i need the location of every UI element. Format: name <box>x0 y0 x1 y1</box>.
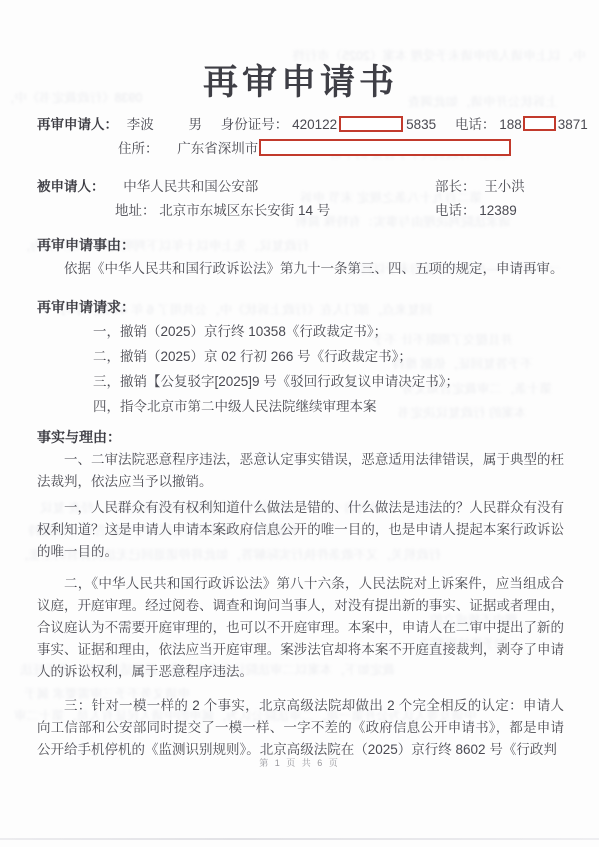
facts-paragraph: 二，《中华人民共和国行政诉讼法》第八十六条，人民法院对上诉案件，应当组成合议庭，… <box>37 573 564 683</box>
request-list: 一，撤销（2025）京行终 10358《行政裁定书》； 二，撤销（2025）京 … <box>37 319 564 419</box>
request-item: 二，撤销（2025）京 02 行初 266 号《行政裁定书》； <box>93 344 564 369</box>
respondent-block: 被申请人： 中华人民共和国公安部 地址： 北京市东城区东长安街 14 号 部长：… <box>37 175 564 223</box>
respondent-phone-line: 电话： 12389 <box>435 199 525 223</box>
facts-paragraph: 三：针对一模一样的 2 个事实，北京高级法院却做出 2 个完全相反的认定：申请人… <box>37 695 564 761</box>
request-item: 三，撤销【公复驳字[2025]9 号《驳回行政复议申请决定书》； <box>93 369 564 394</box>
applicant-gender: 男 <box>189 117 203 132</box>
minister-label: 部长： <box>435 179 476 194</box>
id-number-label: 身份证号： <box>221 117 289 132</box>
phone-prefix: 188 <box>499 117 522 132</box>
cause-heading: 再审申请事由： <box>37 233 564 257</box>
redaction-box-id <box>339 116 403 132</box>
respondent-label: 被申请人： <box>37 179 105 194</box>
minister-line: 部长： 王小洪 <box>435 175 525 199</box>
respondent-address-label: 地址： <box>115 203 156 218</box>
minister-name: 王小洪 <box>484 179 525 194</box>
id-number-suffix: 5835 <box>406 117 436 132</box>
scan-edge-line <box>0 838 599 840</box>
respondent-phone-label: 电话： <box>435 203 476 218</box>
phone-suffix: 3871 <box>558 117 588 132</box>
id-number-prefix: 420122 <box>292 117 337 132</box>
request-item: 四，指令北京市第二中级人民法院继续审理本案 <box>93 394 564 419</box>
facts-paragraph: 一、二审法院恶意程序违法，恶意认定事实错误，恶意适用法律错误，属于典型的枉法裁判… <box>37 449 564 493</box>
respondent-address-value: 北京市东城区东长安街 14 号 <box>159 203 330 218</box>
cause-text: 依据《中华人民共和国行政诉讼法》第九十一条第三、四、五项的规定，申请再审。 <box>37 257 564 281</box>
phone-label: 电话： <box>455 117 496 132</box>
address-value: 广东省深圳市 <box>177 141 258 156</box>
redaction-box-address <box>259 139 511 156</box>
applicant-name: 李波 <box>127 117 154 132</box>
page-number-footer: 第 1 页 共 6 页 <box>0 756 599 769</box>
applicant-label: 再审申请人： <box>37 117 118 132</box>
requests-heading: 再审申请请求： <box>37 295 564 319</box>
respondent-contact-column: 部长： 王小洪 电话： 12389 <box>435 175 525 223</box>
applicant-line: 再审申请人： 李波 男 身份证号： 4201225835 电话： 1883871 <box>37 113 564 137</box>
respondent-name: 中华人民共和国公安部 <box>123 179 258 194</box>
facts-paragraph: 一，人民群众有没有权利知道什么做法是错的、什么做法是违法的？人民群众有没有权利知… <box>37 497 564 563</box>
facts-paragraphs: 一、二审法院恶意程序违法，恶意认定事实错误，恶意适用法律错误，属于典型的枉法裁判… <box>37 449 564 761</box>
respondent-phone-value: 12389 <box>479 203 517 218</box>
applicant-address-line: 住所： 广东省深圳市 <box>118 137 564 161</box>
address-label: 住所： <box>118 141 159 156</box>
redaction-box-phone <box>523 116 556 131</box>
document-page: 再审申请书 再审申请人： 李波 男 身份证号： 4201225835 电话： 1… <box>0 0 599 847</box>
facts-heading: 事实与理由： <box>37 425 564 449</box>
document-title: 再审申请书 <box>37 62 564 104</box>
request-item: 一，撤销（2025）京行终 10358《行政裁定书》； <box>93 319 564 344</box>
